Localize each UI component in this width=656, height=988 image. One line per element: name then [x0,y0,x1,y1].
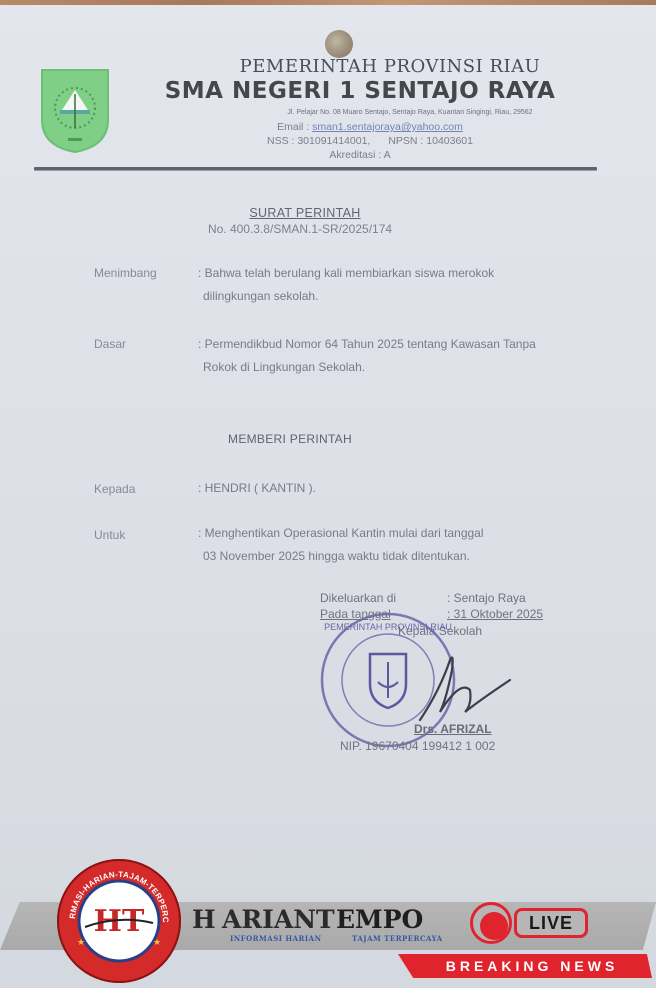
kepada-label: Kepada [94,482,135,496]
svg-text:★: ★ [77,937,85,947]
live-indicator: LIVE [470,902,590,948]
harian-tempo-badge-icon: HT INFORMASI-HARIAN-TAJAM-TERPERCAYA HAR… [55,857,183,985]
breaking-news-ribbon: BREAKING NEWS [398,954,652,978]
menimbang-line-2: dilingkungan sekolah. [198,285,598,308]
issued-value: : Sentajo Raya [447,591,526,605]
dasar-line-2: Rokok di Lingkungan Sekolah. [198,356,598,379]
school-name: SMA NEGERI 1 SENTAJO RAYA [160,78,560,104]
document-title: SURAT PERINTAH [180,206,430,220]
signatory-nip: NIP. 19670404 199412 1 002 [340,739,495,753]
brand-tagline-2: TAJAM TERPERCAYA [352,934,443,943]
letterhead-divider [34,167,597,170]
untuk-label: Untuk [94,528,125,542]
document-number: No. 400.3.8/SMAN.1-SR/2025/174 [150,222,450,236]
untuk-value: : Menghentikan Operasional Kantin mulai … [198,522,598,568]
dasar-value: : Permendikbud Nomor 64 Tahun 2025 tenta… [198,333,598,379]
date-value: : 31 Oktober 2025 [447,607,543,621]
kepada-value: : HENDRI ( KANTIN ). [198,477,598,500]
brand-arian: ARIAN [222,905,316,934]
harian-tempo-wordmark: H ARIAN T EMPO INFORMASI HARIAN TAJAM TE… [190,905,450,947]
brand-t: T [316,905,335,934]
svg-text:PEMERINTAH PROVINSI RIAU: PEMERINTAH PROVINSI RIAU [324,622,452,632]
dasar-label: Dasar [94,337,126,351]
menimbang-label: Menimbang [94,266,157,280]
pushpin-icon [325,30,353,58]
government-name: PEMERINTAH PROVINSI RIAU [160,56,620,77]
handwritten-signature [410,650,520,730]
brand-empo: EMPO [336,905,423,934]
menimbang-value: : Bahwa telah berulang kali membiarkan s… [198,262,598,308]
issued-label: Dikeluarkan di [320,591,396,605]
riau-province-crest-icon [40,68,110,154]
email-label: Email : [277,121,309,133]
school-email-line: Email : sman1.sentajoraya@yahoo.com [220,121,520,133]
untuk-line-1: : Menghentikan Operasional Kantin mulai … [198,522,598,545]
email-link[interactable]: sman1.sentajoraya@yahoo.com [312,121,463,133]
memberi-perintah-heading: MEMBERI PERINTAH [160,432,420,446]
brand-h: H [192,905,216,934]
live-label: LIVE [514,908,588,938]
svg-text:★: ★ [153,937,161,947]
npsn: NPSN : 10403601 [388,135,473,147]
accreditation: Akreditasi : A [260,149,460,161]
school-ids: NSS : 301091414001,NPSN : 10403601 [220,135,520,147]
brand-tagline-1: INFORMASI HARIAN [230,934,321,943]
signatory-name: Drs. AFRIZAL [414,722,492,736]
dasar-line-1: : Permendikbud Nomor 64 Tahun 2025 tenta… [198,333,598,356]
live-record-icon [470,902,512,944]
school-address: Jl. Pelajar No. 08 Muaro Sentajo, Sentaj… [250,109,570,116]
untuk-line-2: 03 November 2025 hingga waktu tidak dite… [198,545,598,568]
menimbang-line-1: : Bahwa telah berulang kali membiarkan s… [198,262,598,285]
breaking-news-label: BREAKING NEWS [432,958,619,974]
nss: NSS : 301091414001, [267,135,370,147]
